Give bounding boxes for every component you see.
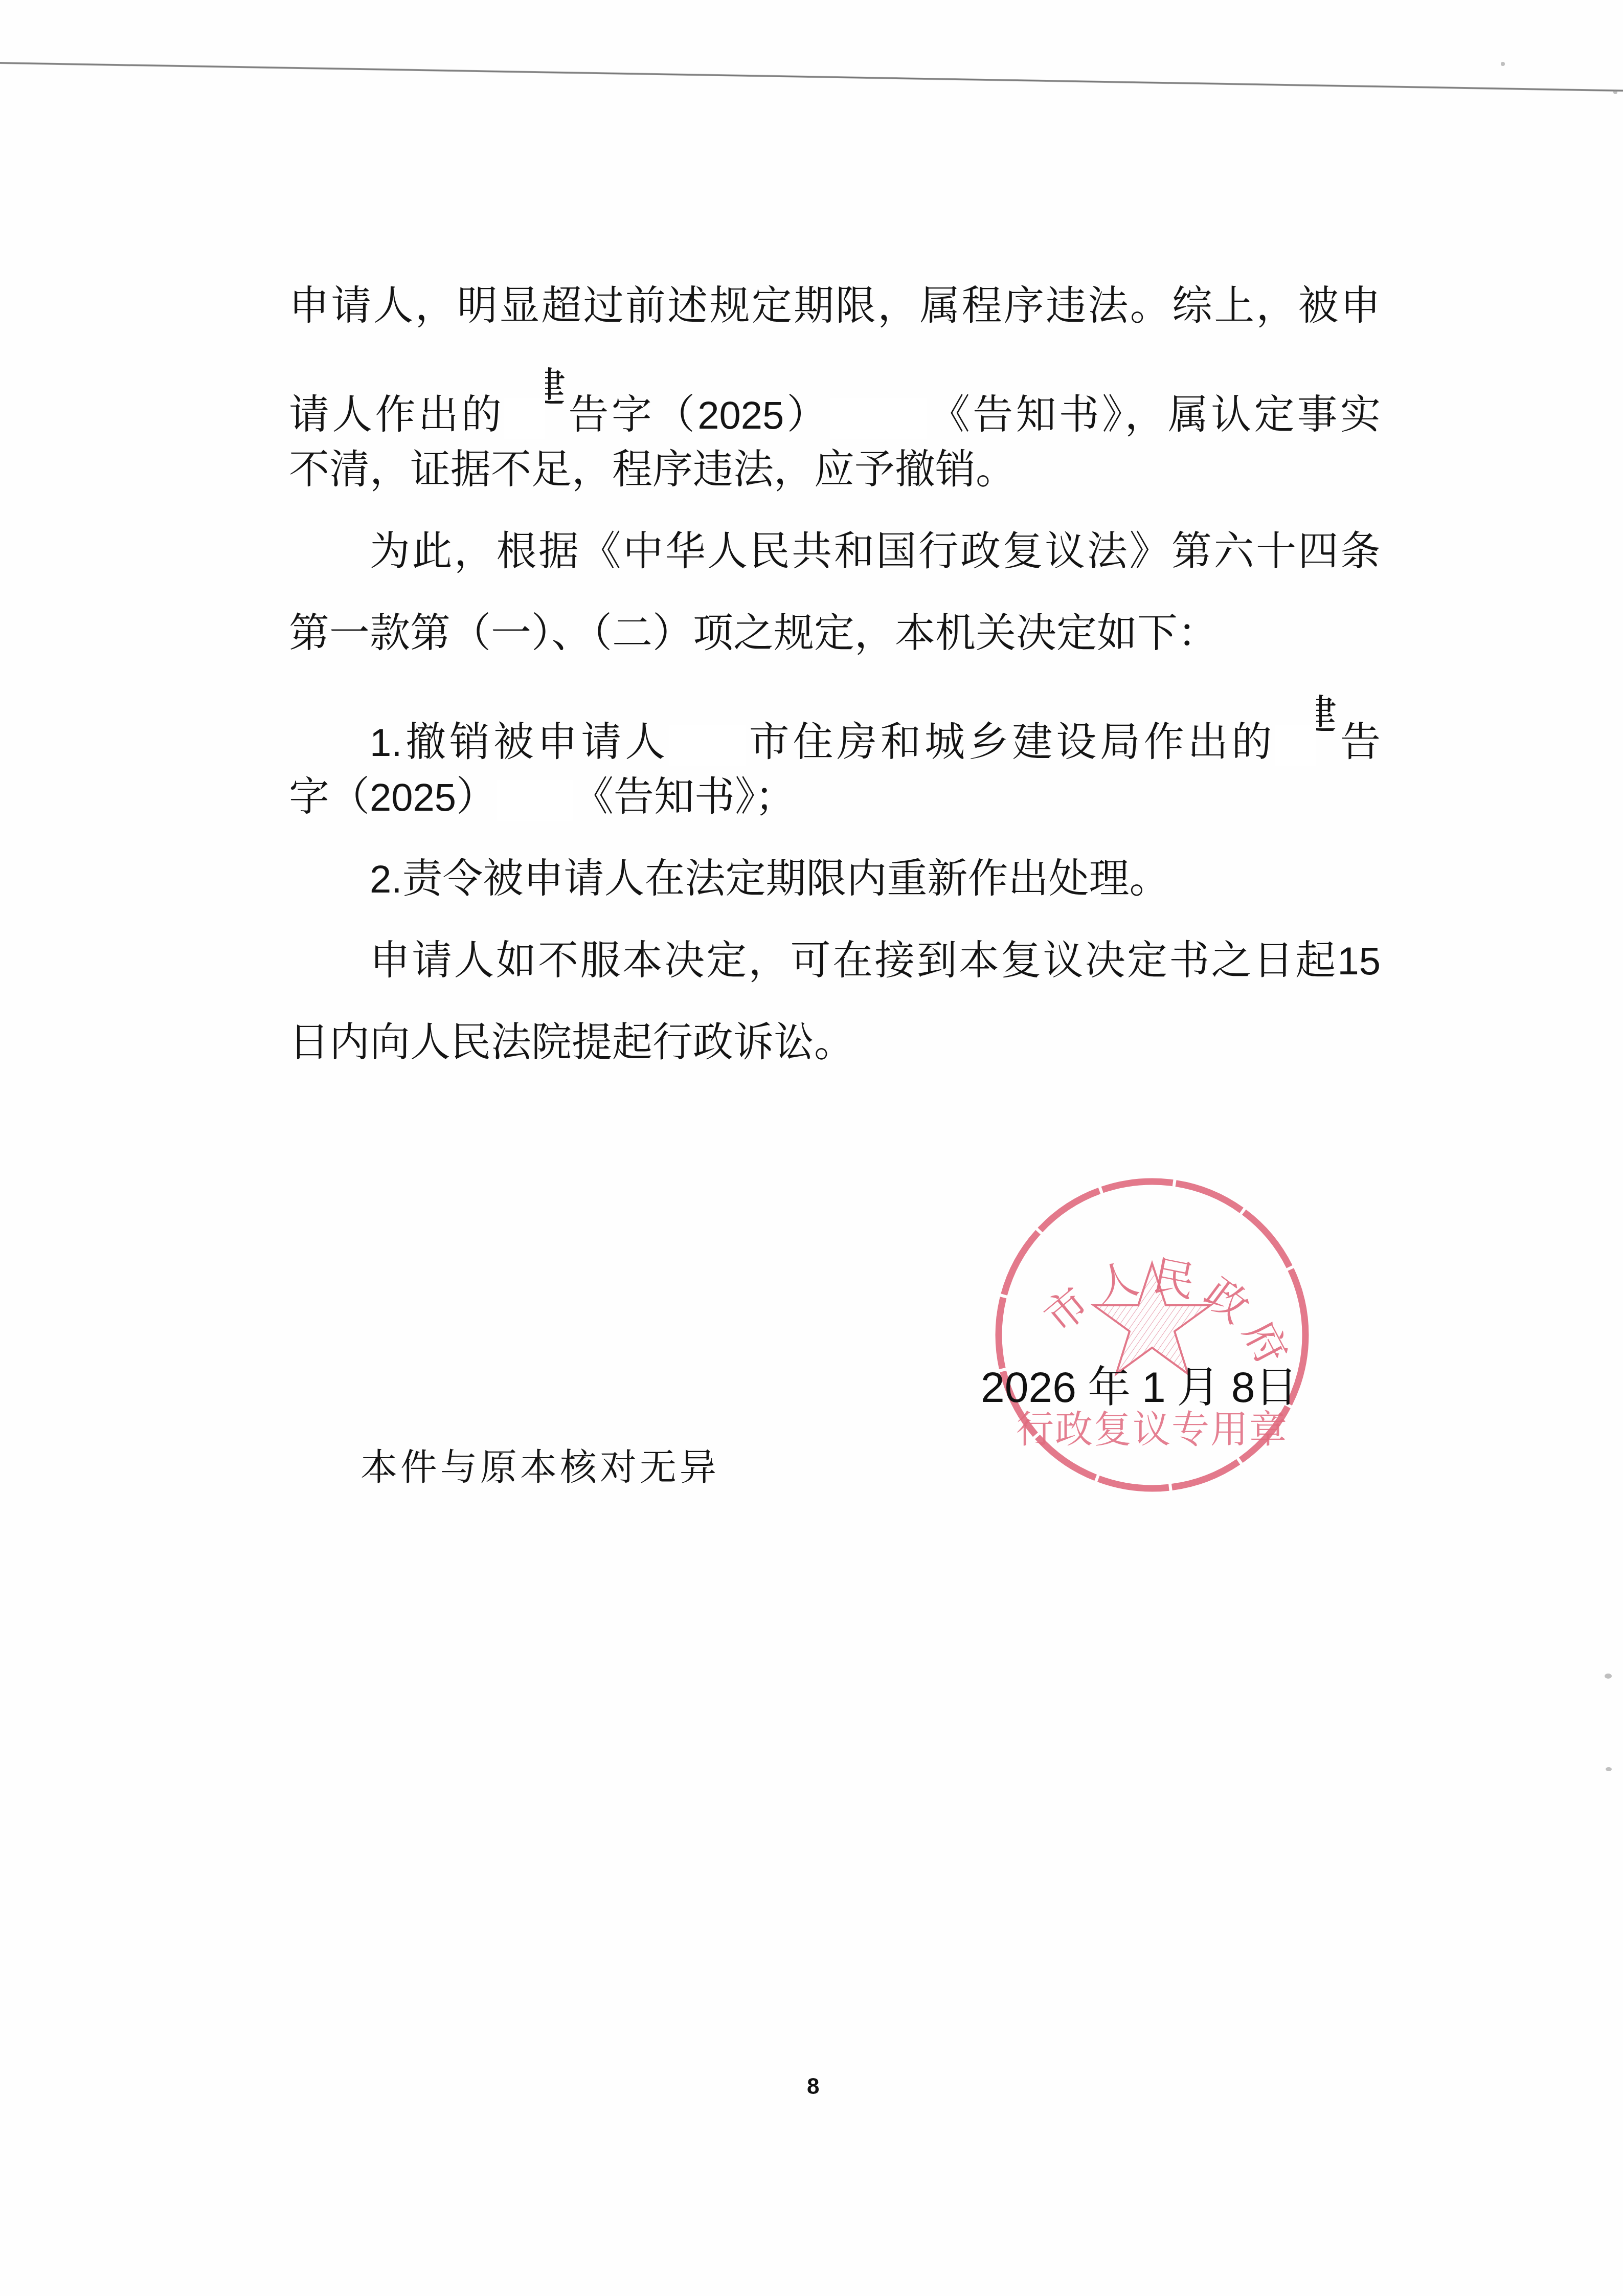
seal-graphic: 市人民政府 行政复议专用章 [989, 1171, 1317, 1499]
text-line: 申请人如不服本决定，可在接到本复议决定书之日起15 [289, 920, 1381, 1001]
date-day: 8 [1231, 1363, 1255, 1411]
text-run: 为此，根据《中华人民共和国行政复议法》第六十四条 [370, 528, 1381, 575]
paragraph-appeal-notice: 申请人如不服本决定，可在接到本复议决定书之日起15日内向人民法院提起行政诉讼。 [289, 920, 1381, 1083]
date-day-label: 日 [1255, 1363, 1298, 1411]
text-run: 责令被申请人在法定期限内重新作出处理。 [402, 855, 1169, 902]
scan-speck [1613, 90, 1617, 94]
text-line: 字（2025）《告知书》； [289, 756, 1381, 838]
redacted-region [1275, 725, 1316, 766]
seal-bottom-text: 行政复议专用章 [1016, 1408, 1288, 1452]
decision-date: 2026年1月8日 [981, 1362, 1298, 1413]
date-month-label: 月 [1177, 1363, 1220, 1411]
text-run: 第一款第（一）、（二）项之规定，本机关决定如下： [289, 610, 1218, 657]
partially-redacted-char: 建 [1316, 674, 1337, 756]
text-run: 日内向人民法院提起行政诉讼。 [289, 1019, 854, 1066]
official-seal: 市人民政府 行政复议专用章 [989, 1171, 1317, 1499]
text-run: 申请人如不服本决定，可在接到本复议决定书之日起 [370, 937, 1337, 984]
text-line: 为此，根据《中华人民共和国行政复议法》第六十四条 [289, 510, 1381, 592]
scan-speck [1501, 62, 1505, 66]
text-number: 2025 [370, 776, 456, 819]
text-run: 《告知书》； [573, 773, 796, 820]
date-year: 2026 [981, 1363, 1076, 1411]
date-month: 1 [1142, 1363, 1166, 1411]
text-run: 申请人，明显超过前述规定期限，属程序违法。综上，被申 [289, 282, 1381, 329]
partially-redacted-char: 建 [545, 347, 566, 429]
text-line: 1.撤销被申请人市住房和城乡建设局作出的建告 [289, 674, 1381, 756]
certification-note: 本件与原本核对无异 [360, 1441, 719, 1492]
scan-speck [1605, 1674, 1612, 1679]
text-line: 第一款第（一）、（二）项之规定，本机关决定如下： [289, 592, 1381, 674]
decision-body: 申请人，明显超过前述规定期限，属程序违法。综上，被申请人作出的建告字（2025）… [289, 265, 1381, 1083]
paragraph-decision-item-1: 1.撤销被申请人市住房和城乡建设局作出的建告字（2025）《告知书》； [289, 674, 1381, 838]
text-number: 15 [1337, 940, 1381, 983]
paragraph-decision-item-2: 2.责令被申请人在法定期限内重新作出处理。 [289, 838, 1381, 920]
date-year-label: 年 [1088, 1363, 1131, 1411]
text-line: 请人作出的建告字（2025）《告知书》，属认定事实 [289, 347, 1381, 429]
text-number: 2. [370, 858, 402, 901]
page-number: 8 [807, 2074, 819, 2100]
text-run: 告 [1337, 719, 1381, 766]
text-line: 2.责令被申请人在法定期限内重新作出处理。 [289, 838, 1381, 920]
paragraph-legal-basis: 为此，根据《中华人民共和国行政复议法》第六十四条第一款第（一）、（二）项之规定，… [289, 510, 1381, 674]
paragraph-conclusion: 申请人，明显超过前述规定期限，属程序违法。综上，被申请人作出的建告字（2025）… [289, 265, 1381, 510]
scan-edge-line [0, 62, 1623, 92]
text-line: 日内向人民法院提起行政诉讼。 [289, 1001, 1381, 1083]
text-run: ） [456, 773, 497, 820]
text-line: 申请人，明显超过前述规定期限，属程序违法。综上，被申 [289, 265, 1381, 347]
text-run: 不清，证据不足，程序违法，应予撤销。 [289, 446, 1016, 493]
text-line: 不清，证据不足，程序违法，应予撤销。 [289, 429, 1381, 510]
scan-speck [1606, 1767, 1612, 1771]
redacted-region [497, 780, 573, 821]
text-run: 市住房和城乡建设局作出的 [746, 719, 1275, 766]
document-page: 申请人，明显超过前述规定期限，属程序违法。综上，被申请人作出的建告字（2025）… [0, 0, 1623, 2296]
text-run: 字（ [289, 773, 370, 820]
